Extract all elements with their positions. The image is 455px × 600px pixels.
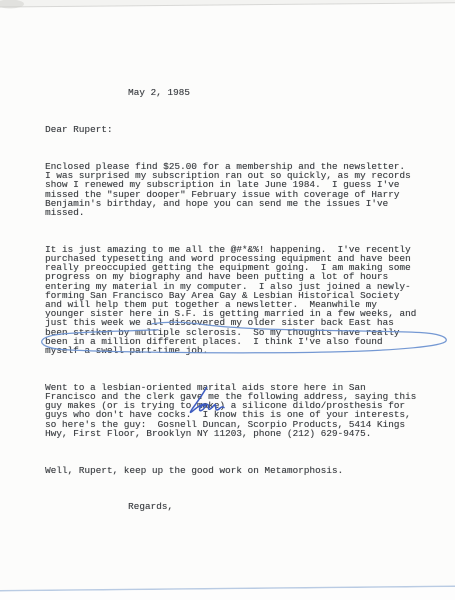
paragraph-life-updates: It is just amazing to me all the @#*&%! …	[45, 245, 430, 355]
letter-date: May 2, 1985	[128, 88, 430, 97]
salutation: Dear Rupert:	[45, 125, 430, 134]
paragraph-membership: Enclosed please find $25.00 for a member…	[45, 162, 430, 217]
scanned-letter-page: May 2, 1985 Dear Rupert: Enclosed please…	[0, 0, 455, 600]
letter-body-text: May 2, 1985 Dear Rupert: Enclosed please…	[45, 70, 430, 530]
valediction: Regards,	[128, 502, 430, 511]
paragraph-address-referral: Went to a lesbian-oriented marital aids …	[45, 383, 430, 438]
scan-edge-bottom	[0, 586, 455, 600]
scan-edge-top	[0, 0, 455, 9]
closing-line: Well, Rupert, keep up the good work on M…	[45, 466, 430, 475]
